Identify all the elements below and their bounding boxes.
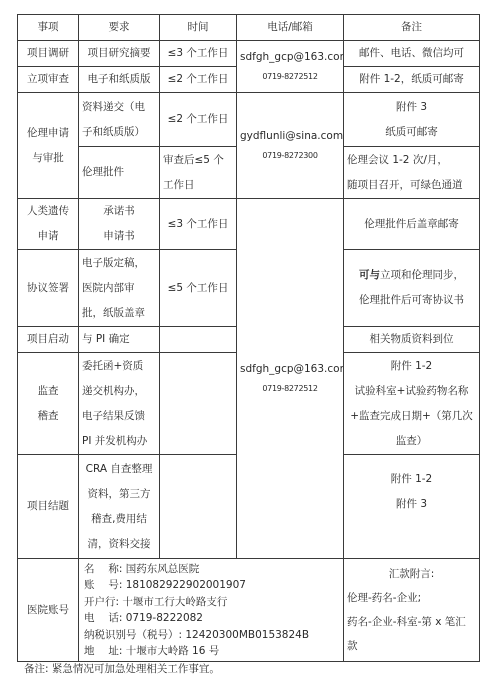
requirement-cell: 委托函+资质 递交机构办， 电子结果反馈 PI 并发机构办 [79, 353, 160, 455]
note-cell: 附件 1-2，纸质可邮寄 [344, 67, 480, 93]
header-item: 事项 [18, 15, 79, 41]
time-cell: ≤2 个工作日 [160, 93, 237, 147]
bank-address: 地 址: 十堰市大岭路 16 号 [84, 643, 340, 660]
item-cell: 项目调研 [18, 41, 79, 67]
bank-account-number: 账 号: 181082922902001907 [84, 577, 340, 594]
process-table: 事项 要求 时间 电话/邮箱 备注 项目调研 项目研究摘要 ≤3 个工作日 sd… [17, 14, 480, 662]
requirement-cell: 伦理批件 [79, 147, 160, 199]
note-cell: 汇款附言: 伦理-药名-企业; 药名-企业-科室-第 x 笔汇 款 [344, 559, 480, 662]
note-cell: 伦理批件后盖章邮寄 [344, 199, 480, 250]
phone-number: 0719-8272512 [240, 379, 340, 399]
item-cell: 监查 稽查 [18, 353, 79, 455]
bank-name: 名 称: 国药东风总医院 [84, 561, 340, 578]
time-cell [160, 327, 237, 353]
table-row-research: 项目调研 项目研究摘要 ≤3 个工作日 sdfgh_gcp@163.com 07… [18, 41, 480, 67]
requirement-cell: 承诺书 申请书 [79, 199, 160, 250]
item-cell-ethics: 伦理申请 与审批 [18, 93, 79, 199]
phone-number: 0719-8272300 [240, 146, 340, 166]
requirement-cell: 与 PI 确定 [79, 327, 160, 353]
item-cell: 项目启动 [18, 327, 79, 353]
table-row-genetic: 人类遗传 申请 承诺书 申请书 ≤3 个工作日 sdfgh_gcp@163.co… [18, 199, 480, 250]
time-cell: ≤3 个工作日 [160, 41, 237, 67]
note-cell: 附件 1-2 试验科室+试验药物名称 +监查完成日期+（第几次 监查） [344, 353, 480, 455]
time-cell [160, 455, 237, 559]
bank-phone: 电 话: 0719-8222082 [84, 610, 340, 627]
requirement-cell: 电子和纸质版 [79, 67, 160, 93]
contact-cell-group1: sdfgh_gcp@163.com 0719-8272512 [237, 41, 344, 93]
requirement-cell: 电子版定稿， 医院内部审 批，纸版盖章 [79, 250, 160, 327]
note-cell: 相关物质资料到位 [344, 327, 480, 353]
time-cell [160, 353, 237, 455]
header-time: 时间 [160, 15, 237, 41]
requirement-cell: 项目研究摘要 [79, 41, 160, 67]
note-cell: 附件 1-2 附件 3 [344, 455, 480, 559]
header-note: 备注 [344, 15, 480, 41]
note-cell: 可与立项和伦理同步， 伦理批件后可寄协议书 [344, 250, 480, 327]
phone-number: 0719-8272512 [240, 67, 340, 87]
time-cell: ≤2 个工作日 [160, 67, 237, 93]
email-link[interactable]: gydflunli@sina.com [240, 126, 340, 146]
contact-cell-group2: sdfgh_gcp@163.com 0719-8272512 [237, 199, 344, 559]
note-cell: 附件 3 纸质可邮寄 [344, 93, 480, 147]
item-cell: 协议签署 [18, 250, 79, 327]
table-row-ethics-submission: 伦理申请 与审批 资料递交（电 子和纸质版） ≤2 个工作日 gydflunli… [18, 93, 480, 147]
time-cell: ≤5 个工作日 [160, 250, 237, 327]
table-row-bank-account: 医院账号 名 称: 国药东风总医院 账 号: 18108292290200190… [18, 559, 480, 662]
email-link[interactable]: sdfgh_gcp@163.com [240, 359, 340, 379]
time-cell: ≤3 个工作日 [160, 199, 237, 250]
footnote: 备注: 紧急情况可加急处理相关工作事宜。 [24, 661, 220, 676]
bank-branch: 开户行: 十堰市工行大岭路支行 [84, 594, 340, 611]
item-cell: 项目结题 [18, 455, 79, 559]
header-requirement: 要求 [79, 15, 160, 41]
note-cell: 伦理会议 1-2 次/月， 随项目召开，可绿色通道 [344, 147, 480, 199]
header-contact: 电话/邮箱 [237, 15, 344, 41]
note-cell: 邮件、电话、微信均可 [344, 41, 480, 67]
bank-tax-id: 纳税识别号（税号）: 12420300MB0153824B [84, 627, 340, 644]
contact-cell-ethics: gydflunli@sina.com 0719-8272300 [237, 93, 344, 199]
item-cell: 医院账号 [18, 559, 79, 662]
header-row: 事项 要求 时间 电话/邮箱 备注 [18, 15, 480, 41]
bank-details-cell: 名 称: 国药东风总医院 账 号: 181082922902001907 开户行… [79, 559, 344, 662]
requirement-cell: 资料递交（电 子和纸质版） [79, 93, 160, 147]
email-link[interactable]: sdfgh_gcp@163.com [240, 47, 340, 67]
item-cell: 立项审查 [18, 67, 79, 93]
item-cell: 人类遗传 申请 [18, 199, 79, 250]
time-cell: 审查后≤5 个 工作日 [160, 147, 237, 199]
requirement-cell: CRA 自查整理 资料，第三方 稽查,费用结 清，资料交接 [79, 455, 160, 559]
